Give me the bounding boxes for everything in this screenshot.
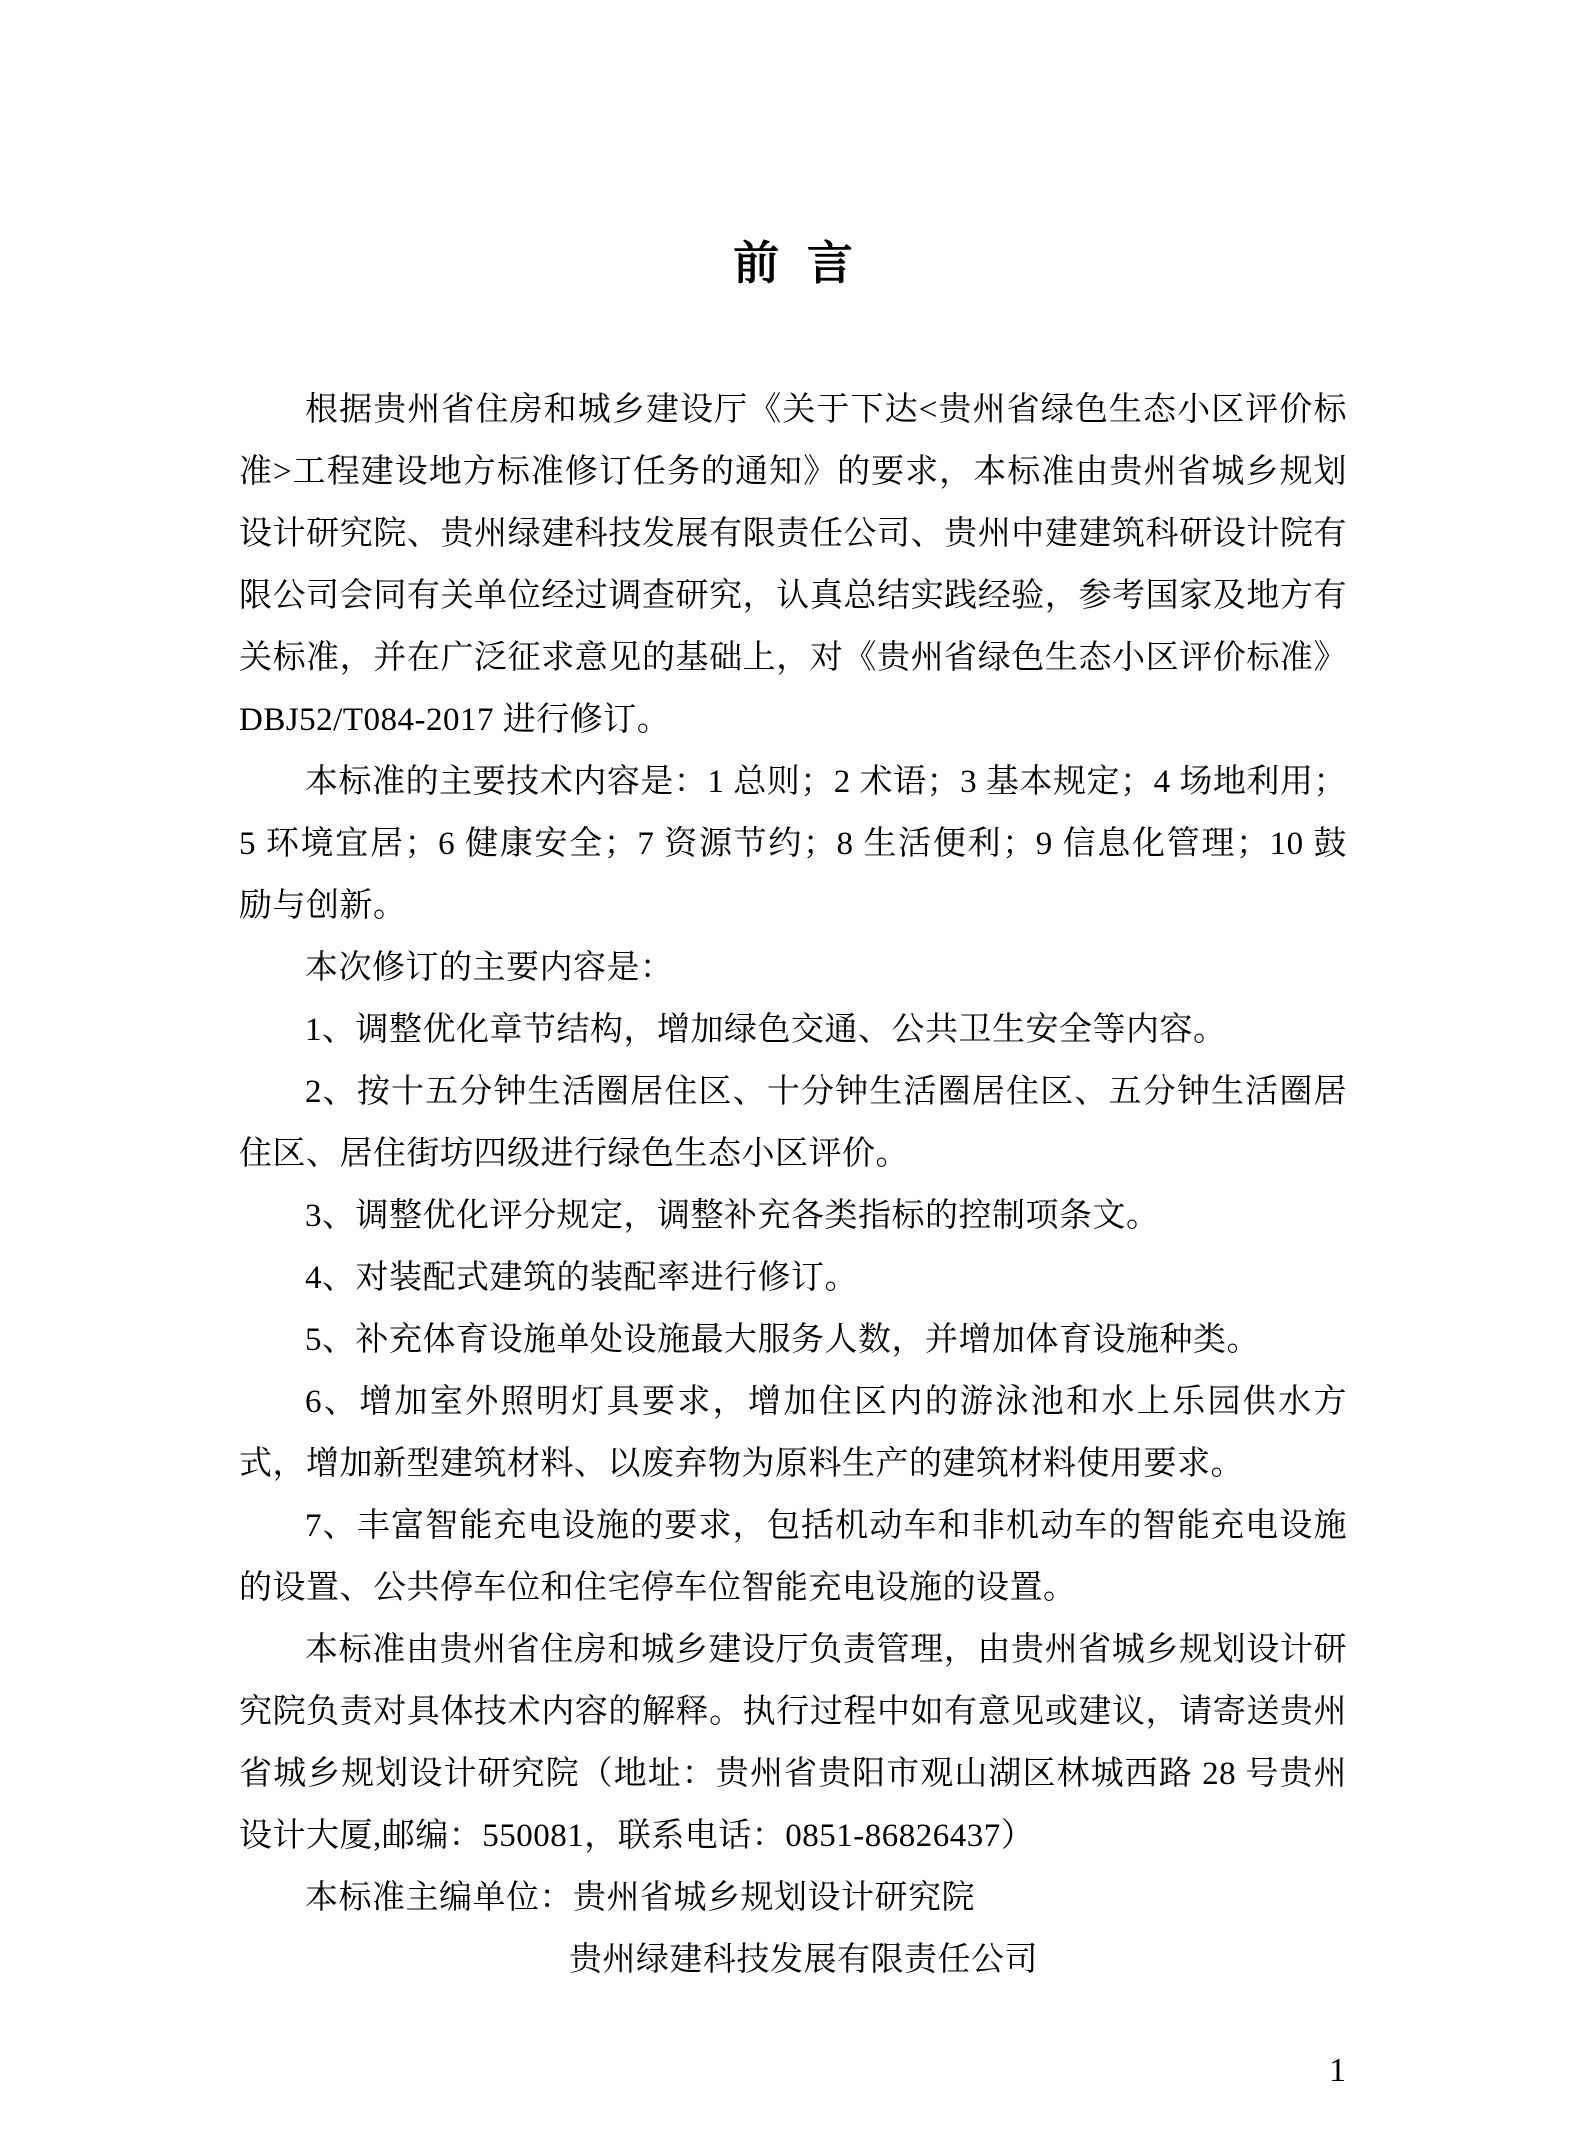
revision-item-7: 7、丰富智能充电设施的要求，包括机动车和非机动车的智能充电设施的设置、公共停车位… [239, 1495, 1347, 1619]
revision-item-2: 2、按十五分钟生活圈居住区、十分钟生活圈居住区、五分钟生活圈居住区、居住街坊四级… [239, 1061, 1347, 1185]
page-number: 1 [1329, 2051, 1346, 2092]
paragraph-revision-intro: 本次修订的主要内容是： [239, 937, 1347, 999]
revision-item-6: 6、增加室外照明灯具要求，增加住区内的游泳池和水上乐园供水方式，增加新型建筑材料… [239, 1371, 1347, 1495]
revision-item-3: 3、调整优化评分规定，调整补充各类指标的控制项条文。 [239, 1185, 1347, 1247]
revision-item-1: 1、调整优化章节结构，增加绿色交通、公共卫生安全等内容。 [239, 999, 1347, 1061]
page-title: 前 言 [239, 236, 1347, 291]
revision-item-5: 5、补充体育设施单处设施最大服务人数，并增加体育设施种类。 [239, 1309, 1347, 1371]
paragraph-technical-contents: 本标准的主要技术内容是：1 总则；2 术语；3 基本规定；4 场地利用；5 环境… [239, 751, 1347, 937]
paragraph-basis: 根据贵州省住房和城乡建设厅《关于下达<贵州省绿色生态小区评价标准>工程建设地方标… [239, 379, 1347, 751]
revision-item-4: 4、对装配式建筑的装配率进行修订。 [239, 1247, 1347, 1309]
foreword-section: 前 言 根据贵州省住房和城乡建设厅《关于下达<贵州省绿色生态小区评价标准>工程建… [239, 236, 1347, 1991]
chief-editor-unit-line-1: 本标准主编单位：贵州省城乡规划设计研究院 [239, 1867, 1347, 1929]
chief-editor-unit-line-2: 贵州绿建科技发展有限责任公司 [239, 1929, 1347, 1991]
paragraph-management: 本标准由贵州省住房和城乡建设厅负责管理，由贵州省城乡规划设计研究院负责对具体技术… [239, 1619, 1347, 1867]
document-page: 前 言 根据贵州省住房和城乡建设厅《关于下达<贵州省绿色生态小区评价标准>工程建… [0, 0, 1587, 2147]
